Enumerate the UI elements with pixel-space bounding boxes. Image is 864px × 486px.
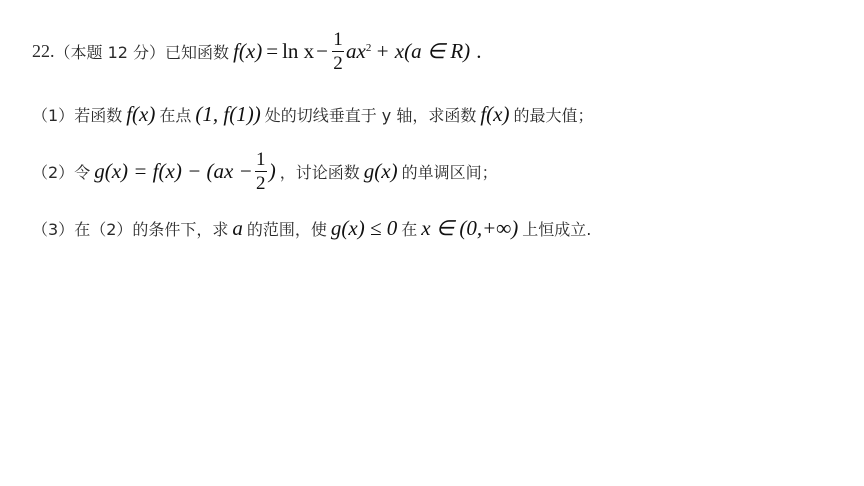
part-2-text-b: ，讨论函数 [280,160,360,183]
ax-term: ax [346,39,366,64]
fraction-denominator: 2 [333,52,343,73]
part-2-text-a: 令 [74,160,90,183]
function-definition: f(x) = ln x − 1 2 ax2 + x(a ∈ R) . [233,30,481,73]
part-3: （3） 在（2）的条件下，求 a 的范围，使 g(x) ≤ 0 在 x ∈ (0… [32,216,591,241]
part-1-math-point: (1, f(1)) [195,102,260,127]
fraction-denominator: 2 [256,172,266,193]
part-2-math-gx: g(x) = f(x) − (ax − [94,159,253,184]
fraction-numerator: 1 [256,150,266,171]
part-1-text-a: 若函数 [74,103,122,126]
exponent: 2 [366,42,372,54]
fraction-numerator: 1 [333,30,343,51]
part-3-label: （3） [32,217,74,240]
part-2-label: （2） [32,160,74,183]
part-1-math-fx: f(x) [126,102,155,127]
part-3-math-inequality: g(x) ≤ 0 [331,216,397,241]
part-3-text-b: 的范围，使 [247,217,327,240]
part-3-text-a: 在（2）的条件下，求 [74,217,228,240]
part-1-text-c: 处的切线垂直于 y 轴，求函数 [265,103,477,126]
part-2-math-gx-2: g(x) [364,159,398,184]
part-1-text-d: 的最大值； [514,103,594,126]
function-lhs: f(x) [233,39,262,64]
fraction-one-half: 1 2 [255,150,267,193]
part-3-text-d: 上恒成立. [522,217,591,240]
minus-sign: − [316,39,328,64]
part-1-label: （1） [32,103,74,126]
fraction-one-half: 1 2 [332,30,344,73]
closing-paren: ) [269,159,276,184]
part-1-math-fx-2: f(x) [480,102,509,127]
part-2-text-c: 的单调区间； [402,160,498,183]
problem-number: 22. [32,41,55,62]
ln-term: ln x [282,39,314,64]
part-2: （2） 令 g(x) = f(x) − (ax − 1 2 ) ，讨论函数 g(… [32,150,498,193]
part-3-text-c: 在 [401,217,417,240]
x-term-domain: + x(a ∈ R) [375,39,470,64]
part-1-text-b: 在点 [159,103,191,126]
intro-text: 已知函数 [165,40,229,63]
part-2-gx-definition: g(x) = f(x) − (ax − 1 2 ) [94,150,276,193]
score-label: （本题 12 分） [55,40,166,63]
part-1: （1） 若函数 f(x) 在点 (1, f(1)) 处的切线垂直于 y 轴，求函… [32,102,594,127]
problem-statement: 22. （本题 12 分） 已知函数 f(x) = ln x − 1 2 ax2… [32,30,485,73]
equals-sign: = [266,39,278,64]
part-3-math-a: a [232,216,243,241]
period: . [476,39,481,64]
part-3-math-domain: x ∈ (0,+∞) [421,216,518,241]
